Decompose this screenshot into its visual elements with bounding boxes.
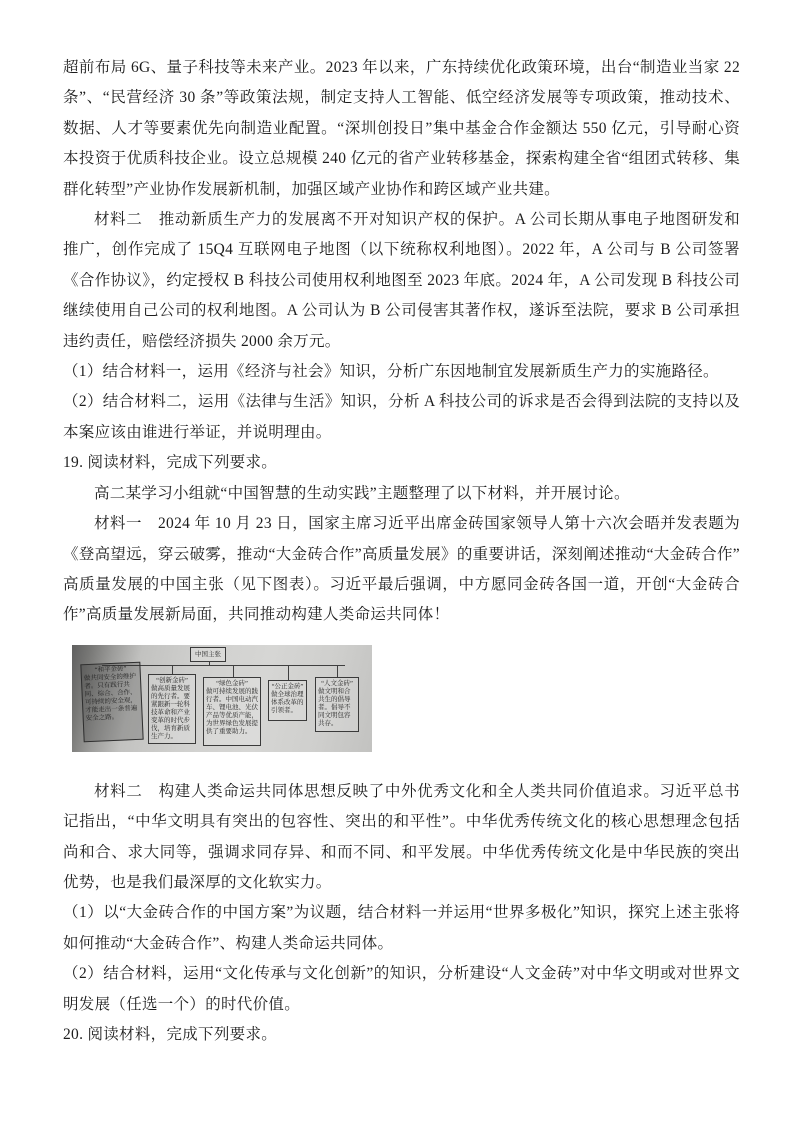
flowchart-connector <box>233 665 234 677</box>
flowchart-connector <box>288 665 289 680</box>
flowchart-connector <box>337 665 338 677</box>
flowchart-node-text: 做文明和合共生的倡导者。倡导不同文明包容共存。 <box>318 688 351 727</box>
question-19-sub2: （2）结合材料，运用“文化传承与文化创新”的知识，分析建设“人文金砖”对中华文明… <box>63 959 740 1020</box>
question-19-sub1: （1）以“大金砖合作的中国方案”为议题，结合材料一并运用“世界多极化”知识，探究… <box>63 898 740 959</box>
flowchart-node-cultural-brics: “人文金砖”做文明和合共生的倡导者。倡导不同文明包容共存。 <box>315 677 359 732</box>
flowchart-node-green-brics: “绿色金砖”做可持续发展的践行者。中国电动汽车、锂电池、光伏产品等优质产能，为世… <box>203 677 261 746</box>
flowchart-node-label: “人文金砖” <box>318 680 356 688</box>
exam-paper-page: 超前布局 6G、量子科技等未来产业。2023 年以来，广东持续优化政策环境，出台… <box>0 0 800 1131</box>
paragraph-q19-material1: 材料一 2024 年 10 月 23 日，国家主席习近平出席金砖国家领导人第十六… <box>63 509 740 631</box>
brics-flowchart-photo: 中国主张 “和平金砖”做共同安全的维护者。只有践行共同、综合、合作、可持续的安全… <box>72 645 372 752</box>
flowchart-node-label: “公正金砖” <box>271 683 304 691</box>
flowchart-node-text: 做高质量发展的先行者。要紧跟新一轮科技革命和产业变革的时代步伐，培育新质生产力。 <box>151 685 190 740</box>
question-20-heading: 20. 阅读材料，完成下列要求。 <box>63 1020 740 1050</box>
flowchart-node-text: 做全球治理体系改革的引领者。 <box>271 691 304 714</box>
question-19-heading: 19. 阅读材料，完成下列要求。 <box>63 448 740 478</box>
flowchart-root-node: 中国主张 <box>190 647 226 662</box>
flowchart-node-peace-brics: “和平金砖”做共同安全的维护者。只有践行共同、综合、合作、可持续的安全观，才能走… <box>80 661 143 742</box>
paragraph-q18-material1-continuation: 超前布局 6G、量子科技等未来产业。2023 年以来，广东持续优化政策环境，出台… <box>63 53 740 205</box>
question-18-sub1: （1）结合材料一，运用《经济与社会》知识，分析广东因地制宜发展新质生产力的实施路… <box>63 357 740 387</box>
paragraph-q19-material2: 材料二 构建人类命运共同体思想反映了中外优秀文化和全人类共同价值追求。习近平总书… <box>63 777 740 899</box>
flowchart-node-innovation-brics: “创新金砖”做高质量发展的先行者。要紧跟新一轮科技革命和产业变革的时代步伐，培育… <box>148 674 196 744</box>
document-body: 超前布局 6G、量子科技等未来产业。2023 年以来，广东持续优化政策环境，出台… <box>63 53 740 1050</box>
question-18-sub2: （2）结合材料二，运用《法律与生活》知识，分析 A 科技公司的诉求是否会得到法院… <box>63 387 740 448</box>
flowchart-node-label: “绿色金砖” <box>206 680 258 688</box>
paragraph-q18-material2: 材料二 推动新质生产力的发展离不开对知识产权的保护。A 公司长期从事电子地图研发… <box>63 205 740 357</box>
flowchart-node-label: “创新金砖” <box>151 677 193 685</box>
flowchart-node-just-brics: “公正金砖”做全球治理体系改革的引领者。 <box>268 680 307 721</box>
flowchart-connector <box>172 665 173 674</box>
flowchart-node-text: 做共同安全的维护者。只有践行共同、综合、合作、可持续的安全观，才能走出一条普遍安… <box>84 673 138 722</box>
flowchart-node-text: 做可持续发展的践行者。中国电动汽车、锂电池、光伏产品等优质产能，为世界绿色发展提… <box>206 688 258 735</box>
paragraph-q19-intro: 高二某学习小组就“中国智慧的生动实践”主题整理了以下材料，并开展讨论。 <box>63 479 740 509</box>
